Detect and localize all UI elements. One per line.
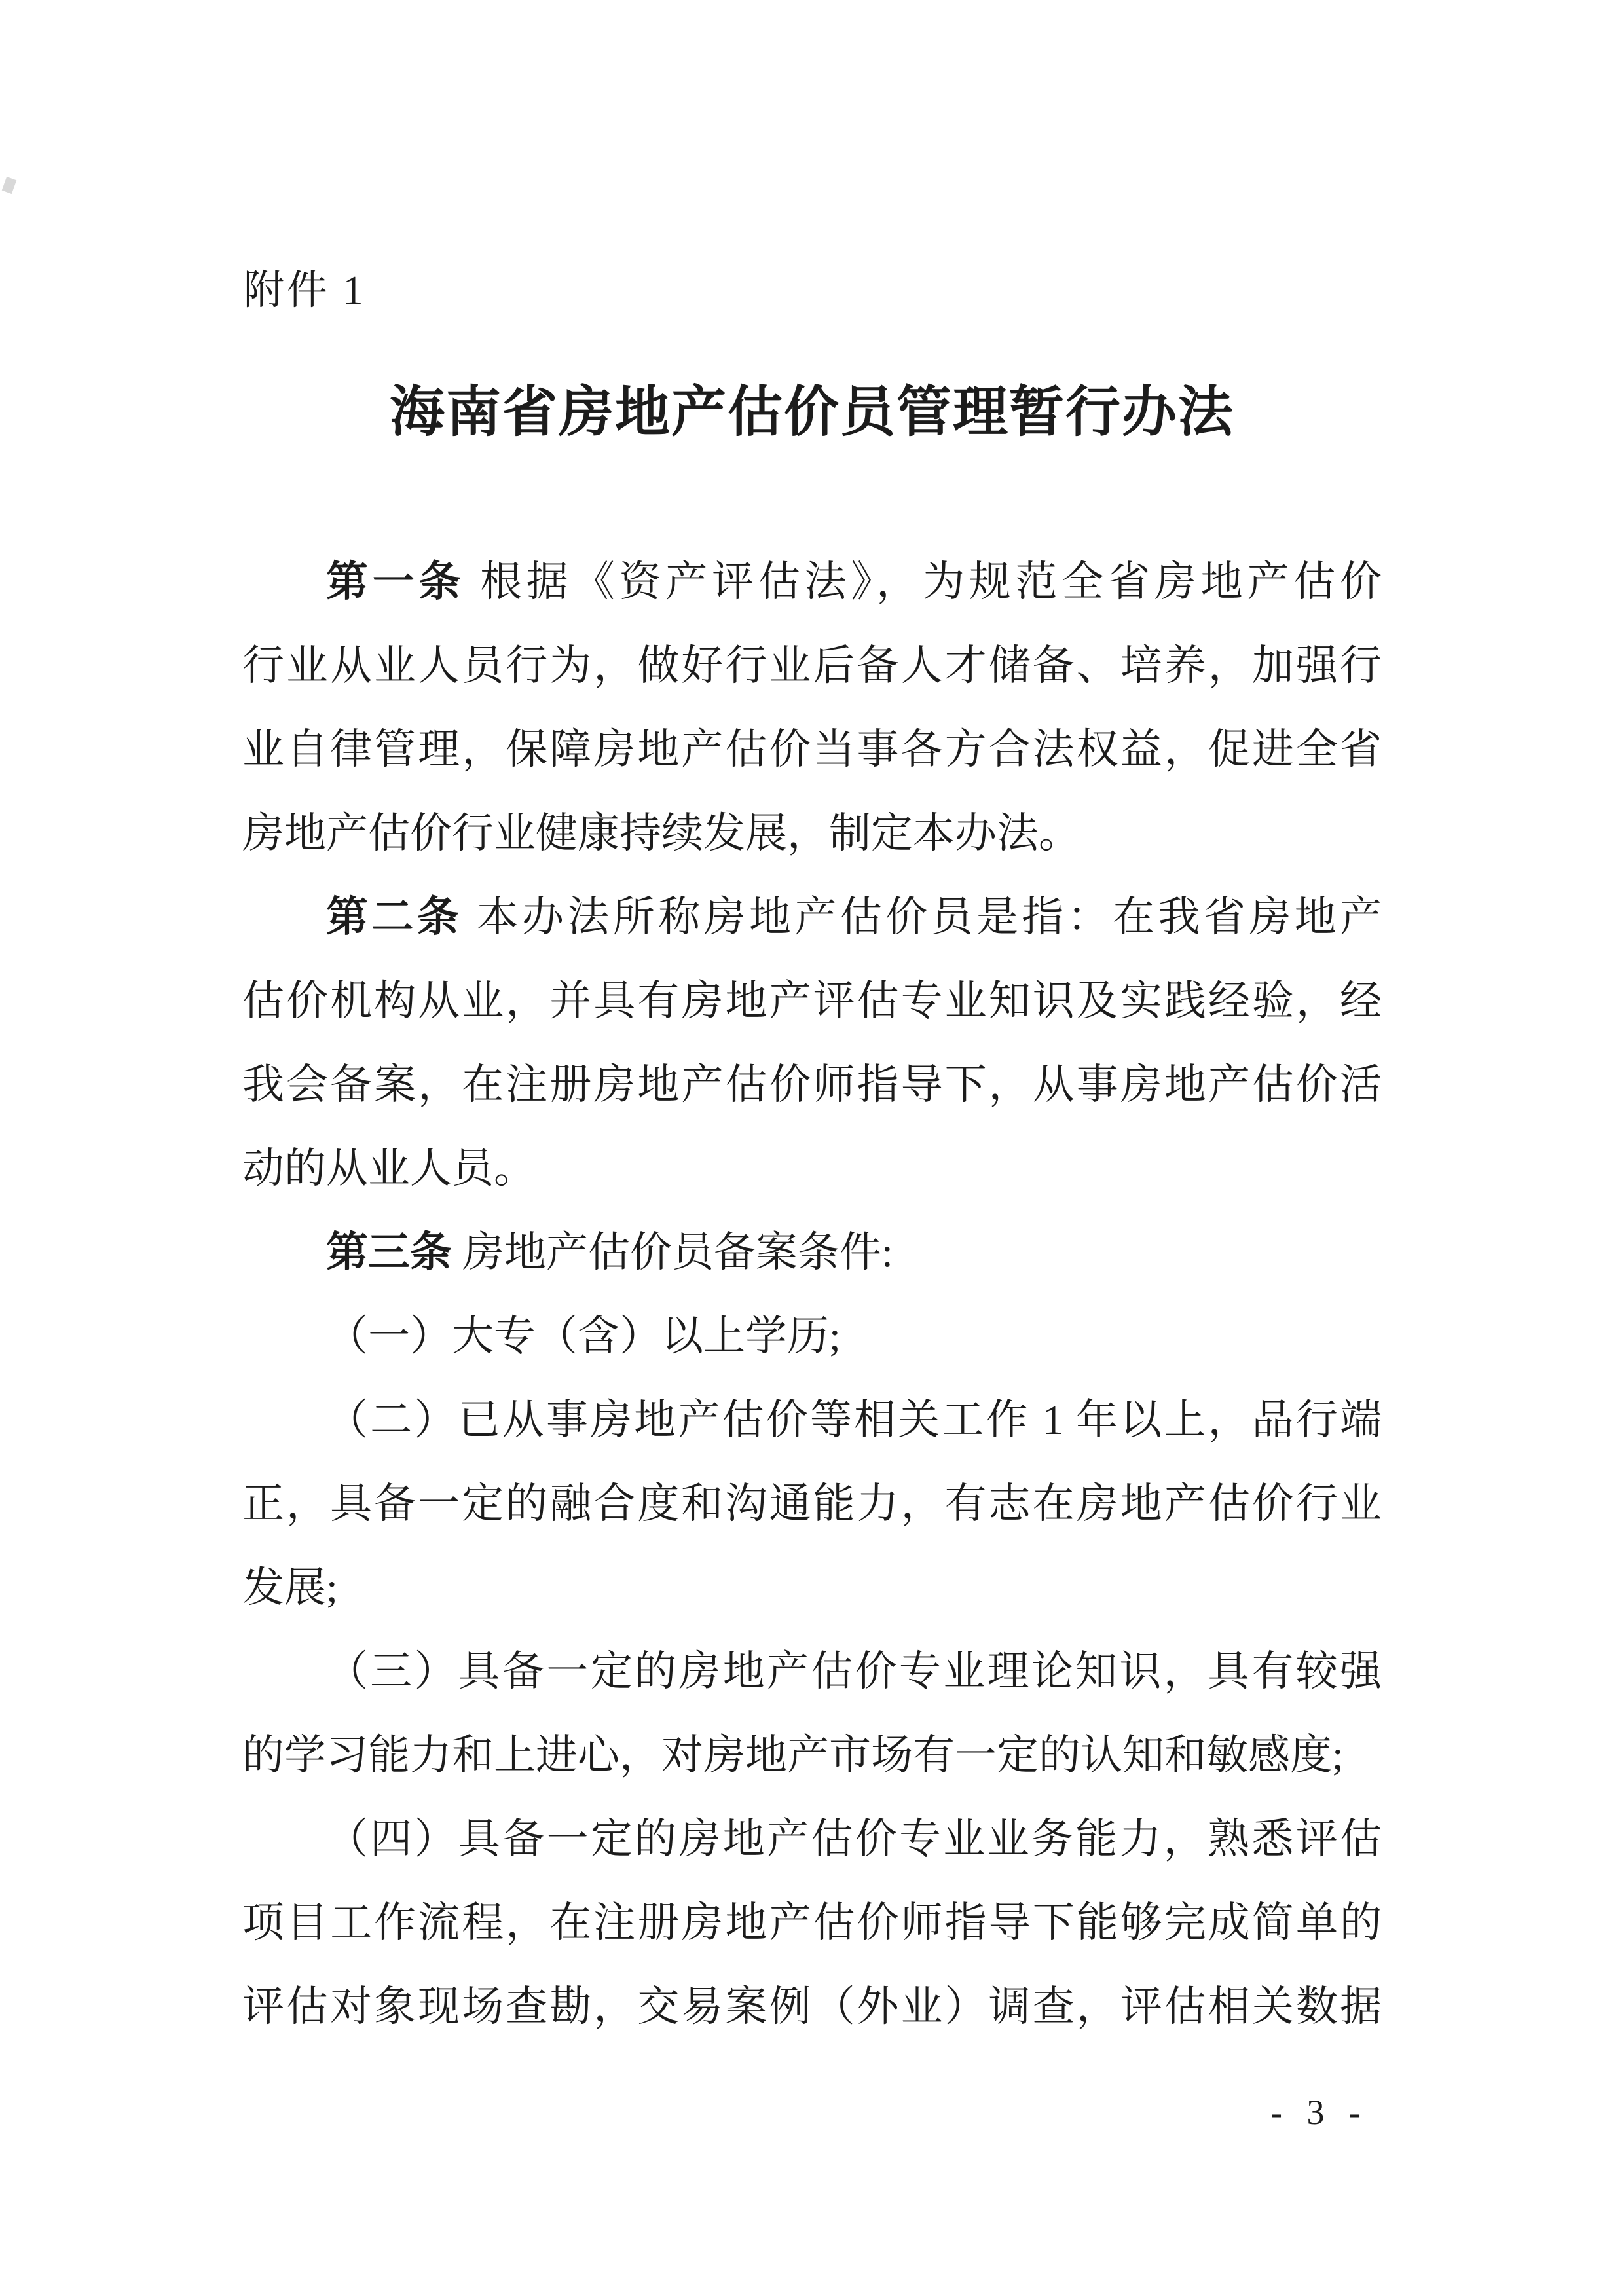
line-text: 正，具备一定的融合度和沟通能力，有志在房地产估价行业 — [242, 1480, 1382, 1527]
line-text: 动的从业人员。 — [242, 1145, 536, 1192]
line-text: 的学习能力和上进心，对房地产市场有一定的认知和敏感度; — [242, 1732, 1344, 1778]
line-text: （二）已从事房地产估价等相关工作 1 年以上，品行端 — [326, 1397, 1382, 1443]
line-text: （一）大专（含）以上学历; — [326, 1313, 841, 1359]
document-page: 附件 1 海南省房地产估价员管理暂行办法 第一条 根据《资产评估法》，为规范全省… — [0, 0, 1624, 2295]
line-text: 我会备案，在注册房地产估价师指导下，从事房地产估价活 — [242, 1061, 1382, 1108]
body-line: 正，具备一定的融合度和沟通能力，有志在房地产估价行业 — [242, 1462, 1382, 1546]
line-text: 行业从业人员行为，做好行业后备人才储备、培养，加强行 — [242, 642, 1382, 689]
attachment-label: 附件 1 — [244, 267, 366, 314]
line-text: 房地产估价员备案条件: — [452, 1229, 893, 1276]
body-line: 第一条 根据《资产评估法》，为规范全省房地产估价 — [242, 540, 1382, 624]
body-line: 的学习能力和上进心，对房地产市场有一定的认知和敏感度; — [242, 1714, 1382, 1797]
body-line: （四）具备一定的房地产估价专业业务能力，熟悉评估 — [242, 1797, 1382, 1881]
line-text: 项目工作流程，在注册房地产估价师指导下能够完成简单的 — [242, 1900, 1382, 1946]
body-line: 第三条 房地产估价员备案条件: — [242, 1211, 1382, 1294]
line-text: 评估对象现场查勘，交易案例（外业）调查，评估相关数据 — [242, 1983, 1382, 2030]
line-text: 业自律管理，保障房地产估价当事各方合法权益，促进全省 — [242, 726, 1382, 773]
document-title: 海南省房地产估价员管理暂行办法 — [0, 382, 1624, 445]
line-text: （三）具备一定的房地产估价专业理论知识，具有较强 — [326, 1648, 1382, 1695]
body-line: 第二条 本办法所称房地产估价员是指：在我省房地产 — [242, 875, 1382, 959]
page-number: - 3 - — [1270, 2093, 1369, 2132]
body-line: 动的从业人员。 — [242, 1127, 1382, 1211]
article-number-label: 第一条 — [326, 559, 465, 605]
article-number-label: 第二条 — [326, 894, 462, 940]
body-line: 房地产估价行业健康持续发展，制定本办法。 — [242, 792, 1382, 875]
body-line: （一）大专（含）以上学历; — [242, 1294, 1382, 1378]
body-line: 评估对象现场查勘，交易案例（外业）调查，评估相关数据 — [242, 1965, 1382, 2049]
line-text: 根据《资产评估法》，为规范全省房地产估价 — [465, 559, 1382, 605]
line-text: 本办法所称房地产估价员是指：在我省房地产 — [462, 894, 1382, 940]
scan-artifact — [2, 177, 17, 194]
body-line: （三）具备一定的房地产估价专业理论知识，具有较强 — [242, 1630, 1382, 1714]
body-line: 估价机构从业，并具有房地产评估专业知识及实践经验，经 — [242, 959, 1382, 1043]
body-line: 项目工作流程，在注册房地产估价师指导下能够完成简单的 — [242, 1881, 1382, 1965]
line-text: 发展; — [242, 1564, 338, 1611]
line-text: 房地产估价行业健康持续发展，制定本办法。 — [242, 810, 1080, 856]
body-line: 发展; — [242, 1546, 1382, 1630]
line-text: （四）具备一定的房地产估价专业业务能力，熟悉评估 — [326, 1816, 1382, 1862]
body-line: （二）已从事房地产估价等相关工作 1 年以上，品行端 — [242, 1378, 1382, 1462]
line-text: 估价机构从业，并具有房地产评估专业知识及实践经验，经 — [242, 978, 1382, 1024]
article-number-label: 第三条 — [326, 1229, 452, 1276]
body-line: 业自律管理，保障房地产估价当事各方合法权益，促进全省 — [242, 708, 1382, 792]
body-text: 第一条 根据《资产评估法》，为规范全省房地产估价 行业从业人员行为，做好行业后备… — [242, 540, 1382, 2049]
body-line: 行业从业人员行为，做好行业后备人才储备、培养，加强行 — [242, 624, 1382, 708]
body-line: 我会备案，在注册房地产估价师指导下，从事房地产估价活 — [242, 1043, 1382, 1127]
